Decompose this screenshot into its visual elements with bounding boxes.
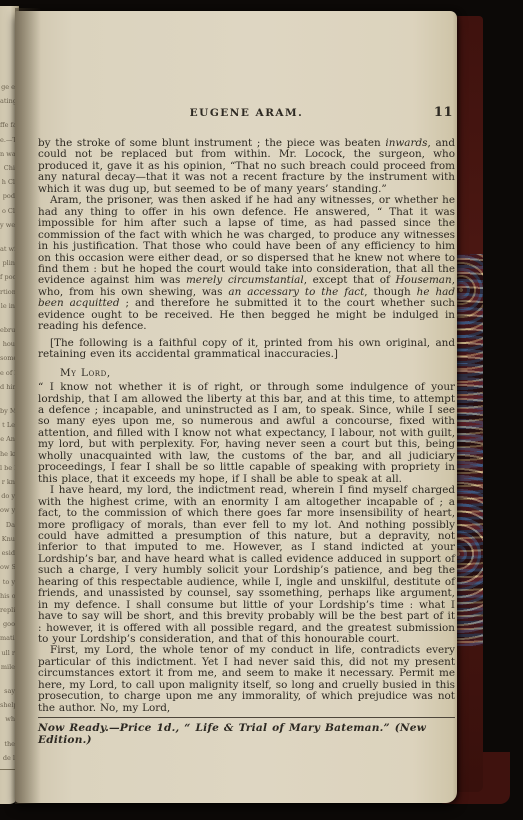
running-header: EUGENE ARAM. 11 (38, 107, 455, 125)
paragraph: Aram, the prisoner, was then asked if he… (38, 195, 455, 332)
footer-advertisement: Now Ready.—Price 1d., “ Life & Trial of … (38, 722, 455, 746)
paragraph: [The following is a faithful copy of it,… (38, 338, 455, 361)
page-content: EUGENE ARAM. 11 by the stroke of some bl… (38, 107, 455, 746)
header-title: EUGENE ARAM. (38, 107, 455, 119)
paragraph: My Lord, (38, 368, 455, 379)
page-number: 11 (434, 105, 453, 120)
footer-rule (38, 717, 455, 718)
body-text: by the stroke of some blunt instrument ;… (38, 138, 455, 714)
paragraph: by the stroke of some blunt instrument ;… (38, 138, 455, 195)
book-page: EUGENE ARAM. 11 by the stroke of some bl… (15, 11, 457, 803)
book-photograph: ge eatingffe fae.—Tn waChih Clpodo Cly w… (0, 0, 523, 820)
paragraph: First, my Lord, the whole tenor of my co… (38, 645, 455, 714)
paragraph: “ I know not whether it is of right, or … (38, 382, 455, 485)
facing-page-text: ge eatingffe fae.—Tn waChih Clpodo Cly w… (0, 80, 15, 774)
gutter-shadow (15, 8, 41, 804)
paragraph: I have heard, my lord, the indictment re… (38, 485, 455, 645)
